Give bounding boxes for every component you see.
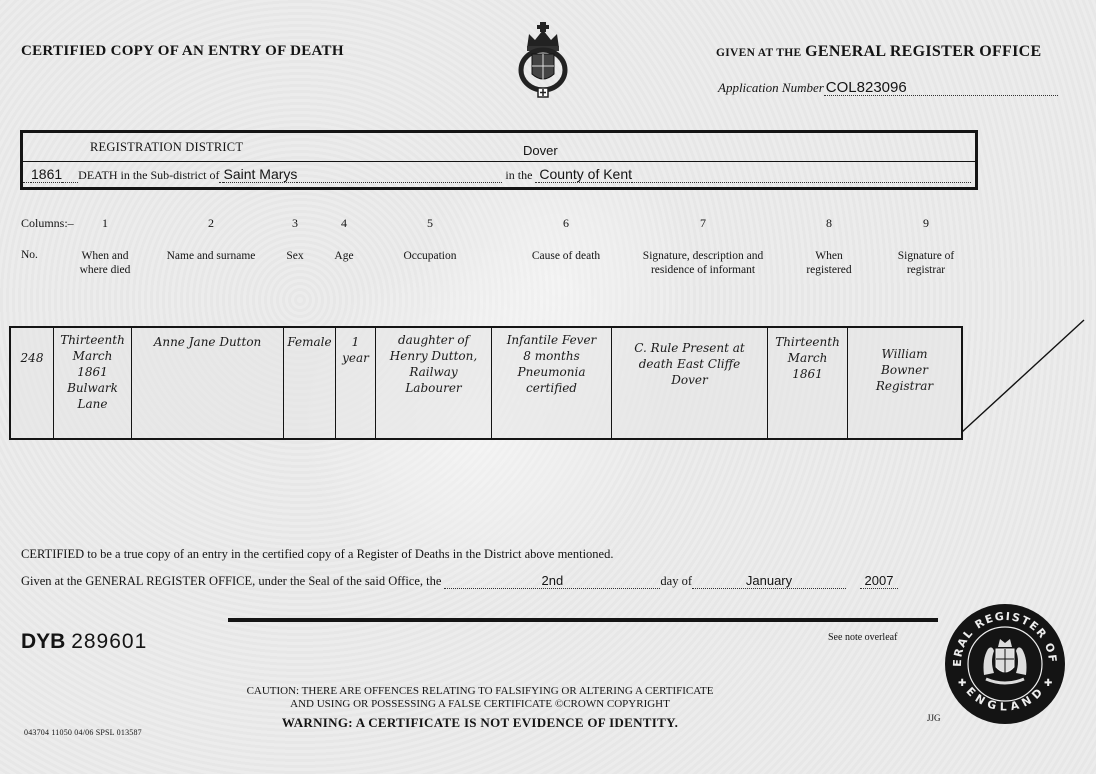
column-number: 3 [292, 216, 298, 231]
column-heading: Occupation [403, 249, 456, 263]
column-heading: When registered [806, 249, 851, 277]
county-value: County of Kent [539, 166, 632, 183]
column-number: 8 [826, 216, 832, 231]
column-numbers: 1 2 3 4 5 6 7 8 9 [0, 216, 1096, 232]
entry-occupation: daughter of Henry Dutton, Railway Labour… [375, 328, 491, 438]
entry-when-registered: Thirteenth March 1861 [767, 328, 847, 438]
certification-statement: CERTIFIED to be a true copy of an entry … [21, 547, 613, 562]
death-entry-row: 248 Thirteenth March 1861 Bulwark Lane A… [9, 326, 963, 440]
column-heading: Signature, description and residence of … [623, 249, 783, 277]
year-value: 1861 [31, 166, 62, 183]
column-number: 7 [700, 216, 706, 231]
issuing-office: GIVEN AT THE GENERAL REGISTER OFFICE [716, 43, 1041, 61]
entry-no: 248 [11, 328, 53, 438]
column-number: 6 [563, 216, 569, 231]
column-number: 5 [427, 216, 433, 231]
column-heading: Signature of registrar [886, 249, 966, 277]
column-heading: Age [334, 249, 353, 263]
column-number: 9 [923, 216, 929, 231]
registration-district-label: REGISTRATION DISTRICT [90, 140, 243, 155]
svg-text:✚: ✚ [1044, 678, 1052, 689]
serial-prefix: DYB [21, 630, 65, 653]
certificate-serial: DYB 289601 [21, 630, 147, 654]
given-at-line: Given at the GENERAL REGISTER OFFICE, un… [21, 573, 931, 589]
cancellation-stroke [958, 318, 1088, 438]
clerk-initials: JJG [927, 713, 941, 723]
given-at-prefix: Given at the GENERAL REGISTER OFFICE, un… [21, 574, 441, 589]
svg-text:✚: ✚ [958, 678, 966, 689]
serial-number: 289601 [71, 630, 147, 653]
day-of-label: day of [660, 574, 692, 589]
divider-rule [228, 618, 938, 622]
form-code: 043704 11050 04/06 SPSL 013587 [24, 728, 142, 737]
column-number: 1 [102, 216, 108, 231]
application-number-field: Application Number COL823096 [718, 80, 1058, 96]
office-name: GENERAL REGISTER OFFICE [805, 43, 1041, 60]
column-number: 2 [208, 216, 214, 231]
registration-district-box: REGISTRATION DISTRICT Dover 1861 DEATH i… [20, 130, 978, 190]
caution-text: CAUTION: THERE ARE OFFENCES RELATING TO … [190, 685, 770, 711]
column-heading: Name and surname [167, 249, 256, 263]
subdistrict-value: Saint Marys [223, 166, 297, 183]
certificate-title: CERTIFIED COPY OF AN ENTRY OF DEATH [21, 43, 344, 60]
see-note-overleaf: See note overleaf [828, 632, 897, 643]
column-heading: When and where died [80, 249, 131, 277]
entry-age: 1 year [335, 328, 375, 438]
registration-district-value: Dover [523, 143, 558, 158]
entry-sex: Female [283, 328, 335, 438]
entry-informant: C. Rule Present at death East Cliffe Dov… [611, 328, 767, 438]
column-heading: Cause of death [532, 249, 600, 263]
application-number-value: COL823096 [824, 80, 1058, 96]
entry-registrar: William Bowner Registrar [847, 328, 961, 438]
certificate-day: 2nd [444, 573, 660, 589]
gro-seal-icon: GENERAL REGISTER OFFICE ENGLAND ✚ ✚ [944, 603, 1066, 725]
entry-when-where: Thirteenth March 1861 Bulwark Lane [53, 328, 131, 438]
column-heading: Sex [286, 249, 303, 263]
subdistrict-label: DEATH in the Sub-district of [78, 168, 219, 183]
no-column-heading: No. [21, 249, 38, 261]
application-number-label: Application Number [718, 80, 824, 96]
entry-name: Anne Jane Dutton [131, 328, 283, 438]
entry-cause-of-death: Infantile Fever 8 months Pneumonia certi… [491, 328, 611, 438]
column-number: 4 [341, 216, 347, 231]
certificate-year: 2007 [860, 573, 898, 589]
royal-crest-icon [515, 22, 571, 98]
identity-warning: WARNING: A CERTIFICATE IS NOT EVIDENCE O… [190, 715, 770, 731]
subdistrict-row: 1861 DEATH in the Sub-district of Saint … [23, 161, 975, 187]
certificate-month: January [692, 573, 846, 589]
county-label: in the [502, 168, 535, 183]
